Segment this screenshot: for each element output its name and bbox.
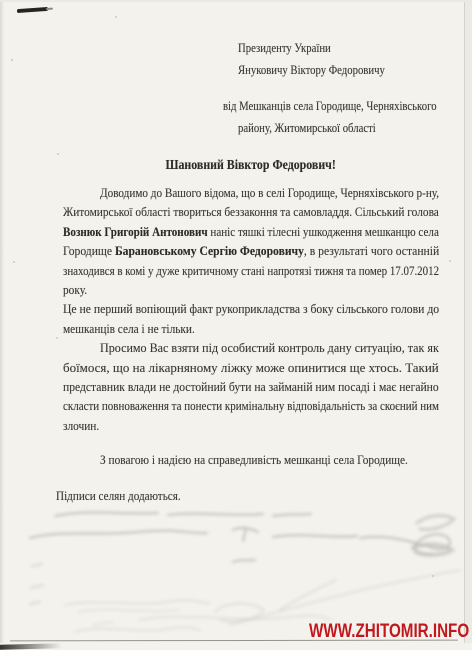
body-line: знаходився в комі у дуже критичному стан… bbox=[63, 262, 439, 281]
body-line: злочин. bbox=[63, 417, 439, 436]
body-line: Просимо Вас взяти під особистий контроль… bbox=[63, 339, 439, 358]
scan-bottom-strip bbox=[0, 643, 472, 650]
scan-speckles bbox=[11, 59, 13, 61]
body-line: Житомирської області твориться беззаконн… bbox=[63, 203, 439, 222]
recipient-line: Президенту України bbox=[223, 37, 453, 59]
recipient-line: від Мешканців села Городище, Черняхівськ… bbox=[223, 95, 453, 117]
closing-line: З повагою і надією на справедливість меш… bbox=[63, 451, 439, 470]
letter-body: Доводимо до Вашого відома, що в селі Гор… bbox=[63, 184, 439, 470]
body-line: представник влади не достойний бути на з… bbox=[63, 378, 439, 397]
body-line: мешканців села і не тільки. bbox=[63, 320, 439, 339]
body-line: Вознюк Григорій Антонович наніс тяшкі ті… bbox=[63, 223, 439, 242]
recipient-line: Януковичу Віктору Федоровичу bbox=[223, 59, 453, 81]
scanned-letter-page: Президенту України Януковичу Віктору Фед… bbox=[0, 0, 472, 650]
body-line: року. bbox=[63, 281, 439, 300]
watermark: WWW.ZHITOMIR.INFO bbox=[309, 621, 469, 643]
recipient-line: району, Житомирської області bbox=[223, 117, 453, 139]
scan-edge-left bbox=[0, 0, 4, 650]
recipient-block: Президенту України Януковичу Віктору Фед… bbox=[223, 37, 453, 139]
body-line: скласти повноваження та понести кримінал… bbox=[63, 397, 439, 416]
scan-edge-top bbox=[0, 0, 472, 2]
body-line: Доводимо до Вашого відома, що в селі Гор… bbox=[63, 184, 439, 203]
pen-mark bbox=[17, 7, 48, 13]
body-line: Городище Барановському Сергію Федоровичу… bbox=[63, 242, 439, 261]
body-line: Це не перший вопіющий факт рукоприкладст… bbox=[63, 300, 439, 319]
salutation: Шановний Вівктор Федорович! bbox=[63, 157, 439, 173]
body-line: боїмося, що на лікарняному ліжку може оп… bbox=[63, 359, 439, 378]
